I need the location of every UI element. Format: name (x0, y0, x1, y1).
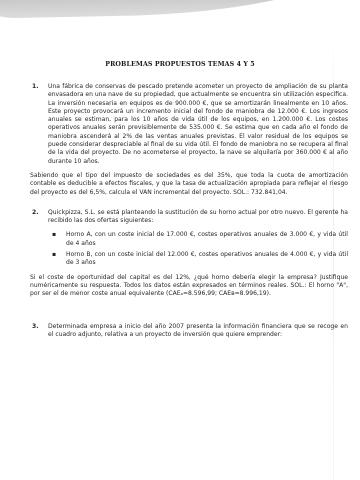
problem-number: 3. (30, 323, 48, 340)
bullet-icon: ▪ (48, 231, 66, 248)
offer-text: Horno B, con un coste inicial del 12.000… (66, 251, 348, 268)
problem-3: 3. Determinada empresa a inicio del año … (30, 323, 348, 340)
problem-1: 1. Una fábrica de conservas de pescado p… (30, 83, 348, 166)
problem-2-intro: Quickpizza, S.L. se está planteando la s… (48, 209, 348, 226)
document-body: 1. Una fábrica de conservas de pescado p… (30, 83, 348, 339)
problem-1-question-text: Sabiendo que el tipo del impuesto de soc… (30, 172, 348, 197)
problem-number: 2. (30, 209, 48, 274)
problem-3-statement: Determinada empresa a inicio del año 200… (48, 323, 348, 340)
offer-list: ▪ Horno A, con un coste inicial de 17.00… (48, 231, 348, 267)
document-title: PROBLEMAS PROPUESTOS TEMAS 4 Y 5 (0, 61, 360, 68)
bullet-icon: ▪ (48, 251, 66, 268)
offer-text: Horno A, con un coste inicial de 17.000 … (66, 231, 348, 248)
problem-1-question: Sabiendo que el tipo del impuesto de soc… (30, 166, 348, 197)
problem-1-statement: Una fábrica de conservas de pescado pret… (48, 83, 348, 166)
problem-2-question: Si el coste de oportunidad del capital e… (30, 274, 348, 299)
problem-number: 1. (30, 83, 48, 166)
offer-item-horno-a: ▪ Horno A, con un coste inicial de 17.00… (48, 231, 348, 248)
offer-item-horno-b: ▪ Horno B, con un coste inicial del 12.0… (48, 251, 348, 268)
problem-2: 2. Quickpizza, S.L. se está planteando l… (30, 209, 348, 274)
problem-2-closing: Si el coste de oportunidad del capital e… (30, 274, 348, 299)
scan-page-shadow (0, 0, 340, 19)
